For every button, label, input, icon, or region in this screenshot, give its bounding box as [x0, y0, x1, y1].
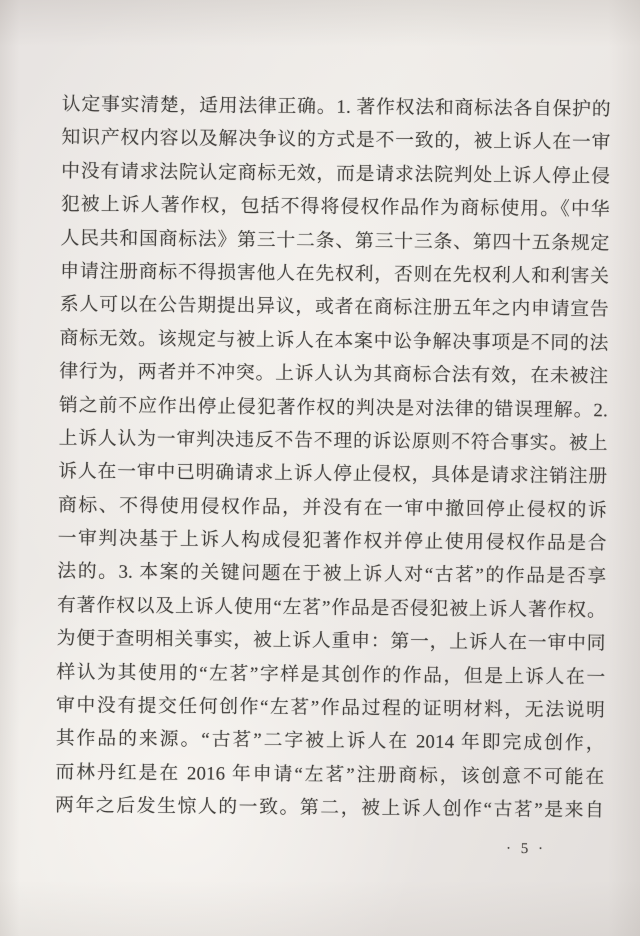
text-line: 两年之后发生惊人的一致。第二，被上诉人创作“古茗”是来自: [55, 789, 604, 828]
text-line: 认定事实清楚，适用法律正确。1. 著作权法和商标法各自保护的: [62, 88, 611, 127]
text-line: 而林丹红是在 2016 年申请“左茗”注册商标，该创意不可能在: [55, 756, 604, 795]
text-line: 知识产权内容以及解决争议的方式是不一致的，被上诉人在一审: [61, 121, 610, 160]
text-line: 为便于查明相关事实，被上诉人重申：第一，上诉人在一审中同: [57, 622, 606, 661]
text-line: 有著作权以及上诉人使用“左茗”作品是否侵犯被上诉人著作权。: [57, 589, 606, 628]
text-line: 人民共和国商标法》第三十二条、第三十三条、第四十五条规定: [60, 222, 609, 261]
text-line: 中没有请求法院认定商标无效，而是请求法院判处上诉人停止侵: [61, 155, 610, 194]
text-line: 一审判决基于上诉人构成侵犯著作权并停止使用侵权作品是合: [58, 522, 607, 561]
text-line: 其作品的来源。“古茗”二字被上诉人在 2014 年即完成创作，: [56, 722, 605, 761]
text-line: 律行为，两者并不冲突。上诉人认为其商标合法有效，在未被注: [59, 355, 608, 394]
text-line: 销之前不应作出停止侵犯著作权的判决是对法律的错误理解。2.: [59, 389, 608, 428]
text-line: 法的。3. 本案的关键问题在于被上诉人对“古茗”的作品是否享: [57, 555, 606, 594]
text-line: 上诉人认为一审判决违反不告不理的诉讼原则不符合事实。被上: [58, 422, 607, 461]
page-number: · 5 ·: [506, 841, 546, 858]
text-line: 诉人在一审中已明确请求上诉人停止侵权，具体是请求注销注册: [58, 455, 607, 494]
text-line: 样认为其使用的“左茗”字样是其创作的作品，但是上诉人在一: [56, 656, 605, 695]
document-body-text: 认定事实清楚，适用法律正确。1. 著作权法和商标法各自保护的 知识产权内容以及解…: [55, 88, 611, 828]
text-line: 审中没有提交任何创作“左茗”作品过程的证明材料，无法说明: [56, 689, 605, 728]
text-line: 商标、不得使用侵权作品，并没有在一审中撤回停止侵权的诉请。: [58, 489, 607, 528]
text-line: 申请注册商标不得损害他人在先权利，否则在先权利人和利害关: [60, 255, 609, 294]
text-line: 系人可以在公告期提出异议，或者在商标注册五年之内申请宣告: [60, 288, 609, 327]
text-line: 犯被上诉人著作权，包括不得将侵权作品作为商标使用。《中华: [61, 188, 610, 227]
text-line: 商标无效。该规定与被上诉人在本案中讼争解决事项是不同的法: [59, 322, 608, 361]
scanned-document-photo: 认定事实清楚，适用法律正确。1. 著作权法和商标法各自保护的 知识产权内容以及解…: [0, 0, 640, 936]
